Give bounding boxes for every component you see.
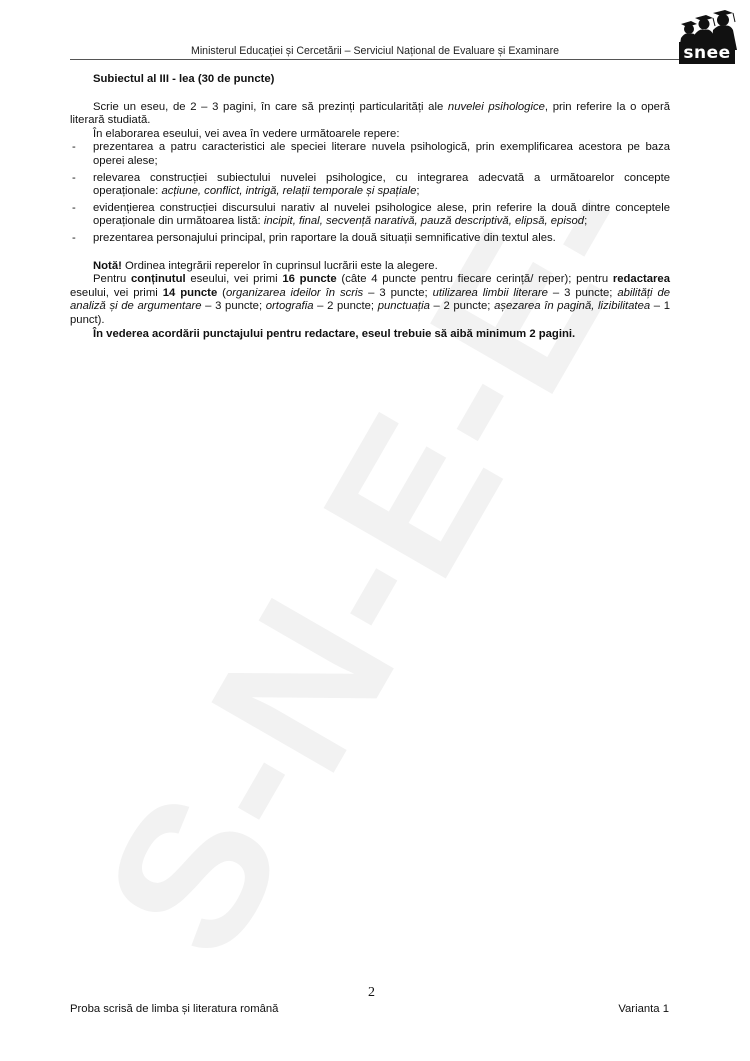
subject-title: Subiectul al III - lea (30 de puncte): [70, 73, 670, 87]
exam-name: Proba scrisă de limba și literatura româ…: [70, 1003, 278, 1015]
logo-text: snee: [679, 42, 735, 64]
essay-prompt: Scrie un eseu, de 2 – 3 pagini, în care …: [70, 101, 670, 128]
scoring-details: Pentru conținutul eseului, vei primi 16 …: [70, 273, 670, 327]
bullet-dash: -: [72, 232, 76, 246]
criteria-item: - relevarea construcției subiectului nuv…: [70, 172, 670, 199]
header-rule: [70, 59, 680, 60]
criteria-intro: În elaborarea eseului, vei avea în veder…: [70, 128, 670, 142]
criteria-item: - prezentarea personajului principal, pr…: [70, 232, 670, 246]
minimum-pages-requirement: În vederea acordării punctajului pentru …: [70, 328, 670, 342]
bullet-dash: -: [72, 172, 76, 186]
snee-logo: snee: [675, 10, 745, 66]
bullet-dash: -: [72, 202, 76, 216]
exam-variant: Varianta 1: [618, 1003, 669, 1015]
criteria-list: - prezentarea a patru caracteristici ale…: [70, 141, 670, 245]
page-header: Ministerul Educației și Cercetării – Ser…: [70, 0, 750, 70]
exam-content: Subiectul al III - lea (30 de puncte) Sc…: [70, 73, 670, 341]
page-footer: 2 Proba scrisă de limba și literatura ro…: [70, 982, 670, 1022]
page-number: 2: [368, 985, 375, 1001]
bullet-dash: -: [72, 141, 76, 155]
criteria-item: - prezentarea a patru caracteristici ale…: [70, 141, 670, 168]
criteria-item: - evidențierea construcției discursului …: [70, 202, 670, 229]
header-title: Ministerul Educației și Cercetării – Ser…: [191, 45, 559, 57]
note: Notă! Ordinea integrării reperelor în cu…: [70, 260, 670, 274]
